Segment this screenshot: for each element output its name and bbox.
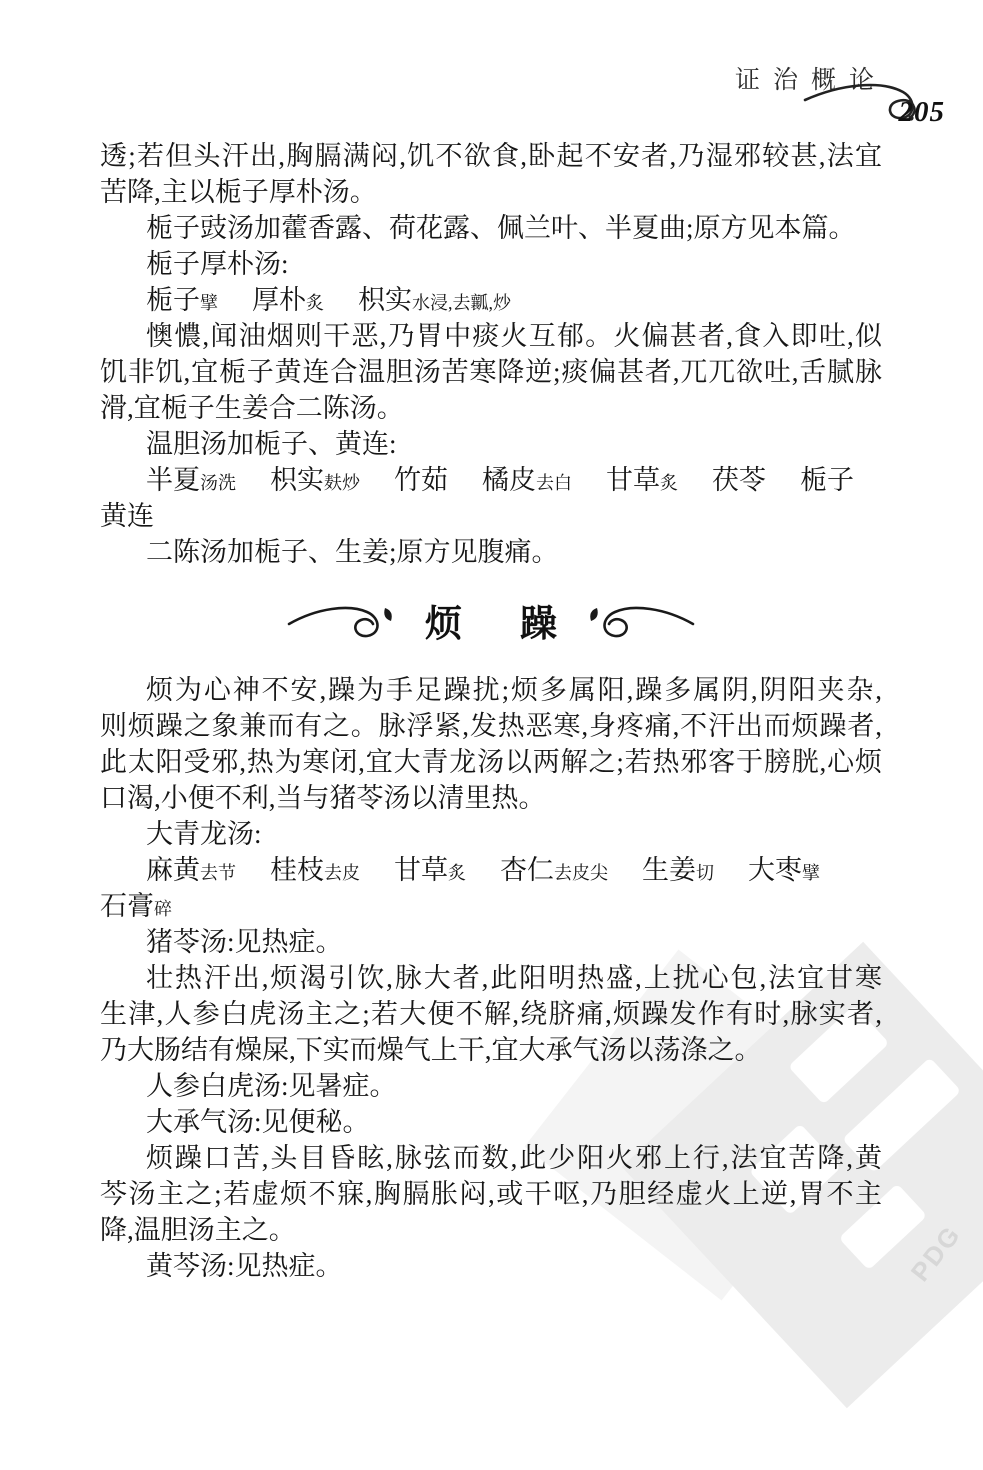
text-line: 烦为心神不安,躁为手足躁扰;烦多属阳,躁多属阴,阴阳夹杂, (100, 672, 882, 708)
book-page: PDG 证治概论 205 透;若但头汗出,胸膈满闷,饥不欲食,卧起不安者,乃湿邪… (0, 0, 983, 1470)
ingredient: 厚朴炙 (252, 285, 324, 315)
preparation-note: 去皮尖 (554, 863, 608, 883)
text-line: 苦降,主以栀子厚朴汤。 (100, 174, 882, 210)
ingredient: 桂枝去皮 (270, 855, 360, 885)
ingredient-name: 甘草 (394, 855, 448, 885)
ingredient-name: 厚朴 (252, 285, 306, 315)
formula-line: 半夏汤洗枳实麸炒竹茹橘皮去白甘草炙茯苓栀子 (100, 462, 882, 498)
text-line: 大承气汤:见便秘。 (100, 1104, 882, 1140)
ingredient: 枳实麸炒 (270, 465, 360, 495)
preparation-note: 炙 (448, 863, 466, 883)
text-line: 乃大肠结有燥屎,下实而燥气上干,宜大承气汤以荡涤之。 (100, 1032, 882, 1068)
text-line: 二陈汤加栀子、生姜;原方见腹痛。 (100, 534, 882, 570)
ingredient: 栀子 (800, 465, 854, 495)
text-line: 温胆汤加栀子、黄连: (100, 426, 882, 462)
text-line: 透;若但头汗出,胸膈满闷,饥不欲食,卧起不安者,乃湿邪较甚,法宜 (100, 138, 882, 174)
section-heading: 烦躁 (100, 588, 882, 652)
ingredient-name: 麻黄 (146, 855, 200, 885)
ingredient-name: 桂枝 (270, 855, 324, 885)
text-line: 则烦躁之象兼而有之。脉浮紧,发热恶寒,身疼痛,不汗出而烦躁者, (100, 708, 882, 744)
text-line: 降,温胆汤主之。 (100, 1212, 882, 1248)
ingredient: 麻黄去节 (146, 855, 236, 885)
text-line: 黄连 (100, 498, 882, 534)
ingredient: 栀子擘 (146, 285, 218, 315)
text-line: 饥非饥,宜栀子黄连合温胆汤苦寒降逆;痰偏甚者,兀兀欲吐,舌腻脉 (100, 354, 882, 390)
preparation-note: 切 (696, 863, 714, 883)
text-line: 栀子厚朴汤: (100, 246, 882, 282)
ingredient: 甘草炙 (394, 855, 466, 885)
preparation-note: 去皮 (324, 863, 360, 883)
ingredient: 甘草炙 (606, 465, 678, 495)
ingredient-name: 杏仁 (500, 855, 554, 885)
ingredient-name: 茯苓 (712, 465, 766, 495)
ingredient: 茯苓 (712, 465, 766, 495)
ingredient-name: 枳实 (358, 285, 412, 315)
preparation-note: 麸炒 (324, 473, 360, 493)
ingredient-name: 枳实 (270, 465, 324, 495)
ingredient-name: 大枣 (748, 855, 802, 885)
preparation-note: 炙 (306, 293, 324, 313)
ingredient-name: 竹茹 (394, 465, 448, 495)
text-line: 生津,人参白虎汤主之;若大便不解,绕脐痛,烦躁发作有时,脉实者, (100, 996, 882, 1032)
flourish-left-icon (287, 594, 409, 646)
text-line: 懊憹,闻油烟则干恶,乃胃中痰火互郁。火偏甚者,食入即吐,似 (100, 318, 882, 354)
ingredient-name: 橘皮 (482, 465, 536, 495)
page-number: 205 (899, 96, 946, 129)
ingredient: 杏仁去皮尖 (500, 855, 608, 885)
text-line: 黄芩汤:见热症。 (100, 1248, 882, 1284)
ingredient: 枳实水浸,去瓤,炒 (358, 285, 511, 315)
ingredient-name: 生姜 (642, 855, 696, 885)
ingredient: 半夏汤洗 (146, 465, 236, 495)
ingredient-name: 甘草 (606, 465, 660, 495)
preparation-note: 擘 (200, 293, 218, 313)
watermark-pdg-label: PDG (905, 1219, 968, 1287)
ingredient: 石膏碎 (100, 891, 172, 921)
page-body: 透;若但头汗出,胸膈满闷,饥不欲食,卧起不安者,乃湿邪较甚,法宜苦降,主以栀子厚… (100, 138, 882, 1284)
text-line: 芩汤主之;若虚烦不寐,胸膈胀闷,或干呕,乃胆经虚火上逆,胃不主 (100, 1176, 882, 1212)
ingredient: 生姜切 (642, 855, 714, 885)
formula-line: 麻黄去节桂枝去皮甘草炙杏仁去皮尖生姜切大枣擘 (100, 852, 882, 888)
ingredient: 竹茹 (394, 465, 448, 495)
section-title: 烦躁 (425, 593, 557, 647)
text-line: 人参白虎汤:见暑症。 (100, 1068, 882, 1104)
ingredient: 大枣擘 (748, 855, 820, 885)
text-line: 口渴,小便不利,当与猪苓汤以清里热。 (100, 780, 882, 816)
preparation-note: 碎 (154, 899, 172, 919)
preparation-note: 擘 (802, 863, 820, 883)
flourish-right-icon (573, 594, 695, 646)
formula-line: 栀子擘厚朴炙枳实水浸,去瓤,炒 (100, 282, 882, 318)
preparation-note: 汤洗 (200, 473, 236, 493)
ingredient-name: 栀子 (146, 285, 200, 315)
preparation-note: 炙 (660, 473, 678, 493)
text-line: 壮热汗出,烦渴引饮,脉大者,此阳明热盛,上扰心包,法宜甘寒 (100, 960, 882, 996)
ingredient-name: 半夏 (146, 465, 200, 495)
text-line: 猪苓汤:见热症。 (100, 924, 882, 960)
preparation-note: 水浸,去瓤,炒 (412, 293, 511, 313)
text-line: 此太阳受邪,热为寒闭,宜大青龙汤以两解之;若热邪客于膀胱,心烦 (100, 744, 882, 780)
preparation-note: 去白 (536, 473, 572, 493)
text-line: 栀子豉汤加藿香露、荷花露、佩兰叶、半夏曲;原方见本篇。 (100, 210, 882, 246)
ingredient-name: 石膏 (100, 891, 154, 921)
text-line: 大青龙汤: (100, 816, 882, 852)
ingredient: 橘皮去白 (482, 465, 572, 495)
text-line: 滑,宜栀子生姜合二陈汤。 (100, 390, 882, 426)
formula-line: 石膏碎 (100, 888, 882, 924)
ingredient-name: 栀子 (800, 465, 854, 495)
preparation-note: 去节 (200, 863, 236, 883)
text-line: 烦躁口苦,头目昏眩,脉弦而数,此少阳火邪上行,法宜苦降,黄 (100, 1140, 882, 1176)
